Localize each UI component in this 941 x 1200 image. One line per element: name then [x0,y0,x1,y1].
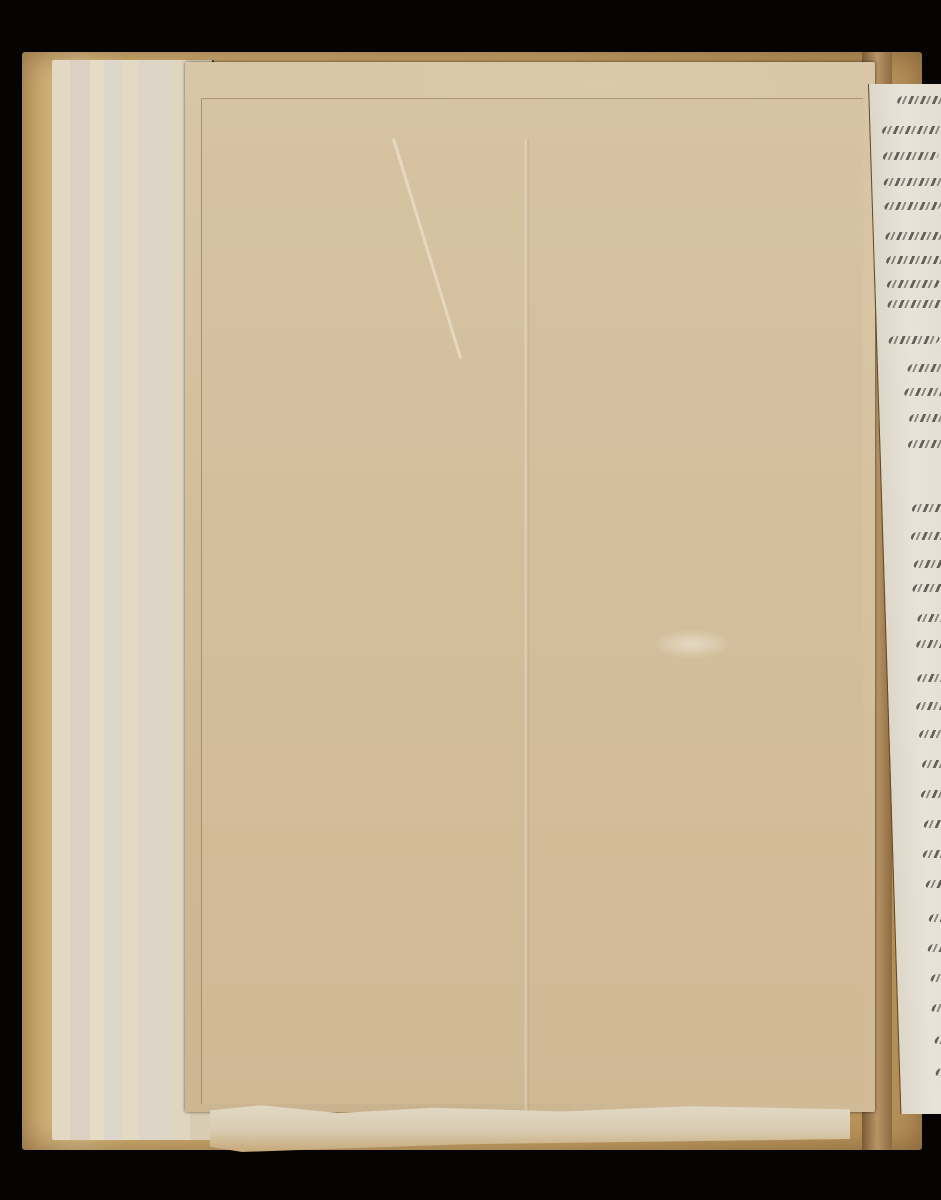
handwriting-line [933,1036,941,1044]
handwriting-line [909,532,941,540]
handwriting-line [885,256,941,264]
handwriting-line [886,300,941,308]
handwriting-line [921,760,941,768]
handwriting-line [908,414,941,422]
pale-abrasion [652,629,732,659]
blank-leaf-surface [201,98,863,1104]
handwriting-line [924,880,941,888]
handwriting-line [926,944,941,952]
handwriting-line [921,850,941,858]
handwriting-line [884,232,941,240]
handwriting-line [887,336,940,344]
handwriting-line [907,440,941,448]
handwriting-line [912,560,941,568]
blank-leaf [185,62,875,1112]
handwriting-line [883,202,941,210]
handwriting-line [934,1068,941,1076]
handwriting-line [916,674,941,682]
vertical-fold-crease [524,139,530,1139]
handwriting-line [906,364,941,372]
photo-scene [0,0,941,1200]
handwriting-line [881,126,941,134]
handwriting-line [929,974,941,982]
handwriting-line [882,152,940,160]
handwriting-line [920,790,941,798]
handwriting-line [923,820,941,828]
handwriting-line [903,388,941,396]
handwriting-line [918,730,941,738]
handwriting-line [886,280,941,288]
handwriting-line [927,914,941,922]
handwriting-line [882,178,941,186]
handwriting-line [916,614,941,622]
handwriting-line [896,96,941,104]
handwriting-line [911,504,941,512]
diagonal-crease [392,138,462,359]
handwriting-line [911,584,941,592]
handwriting-line [930,1004,941,1012]
handwriting-line [915,702,941,710]
handwriting-line [915,640,941,648]
